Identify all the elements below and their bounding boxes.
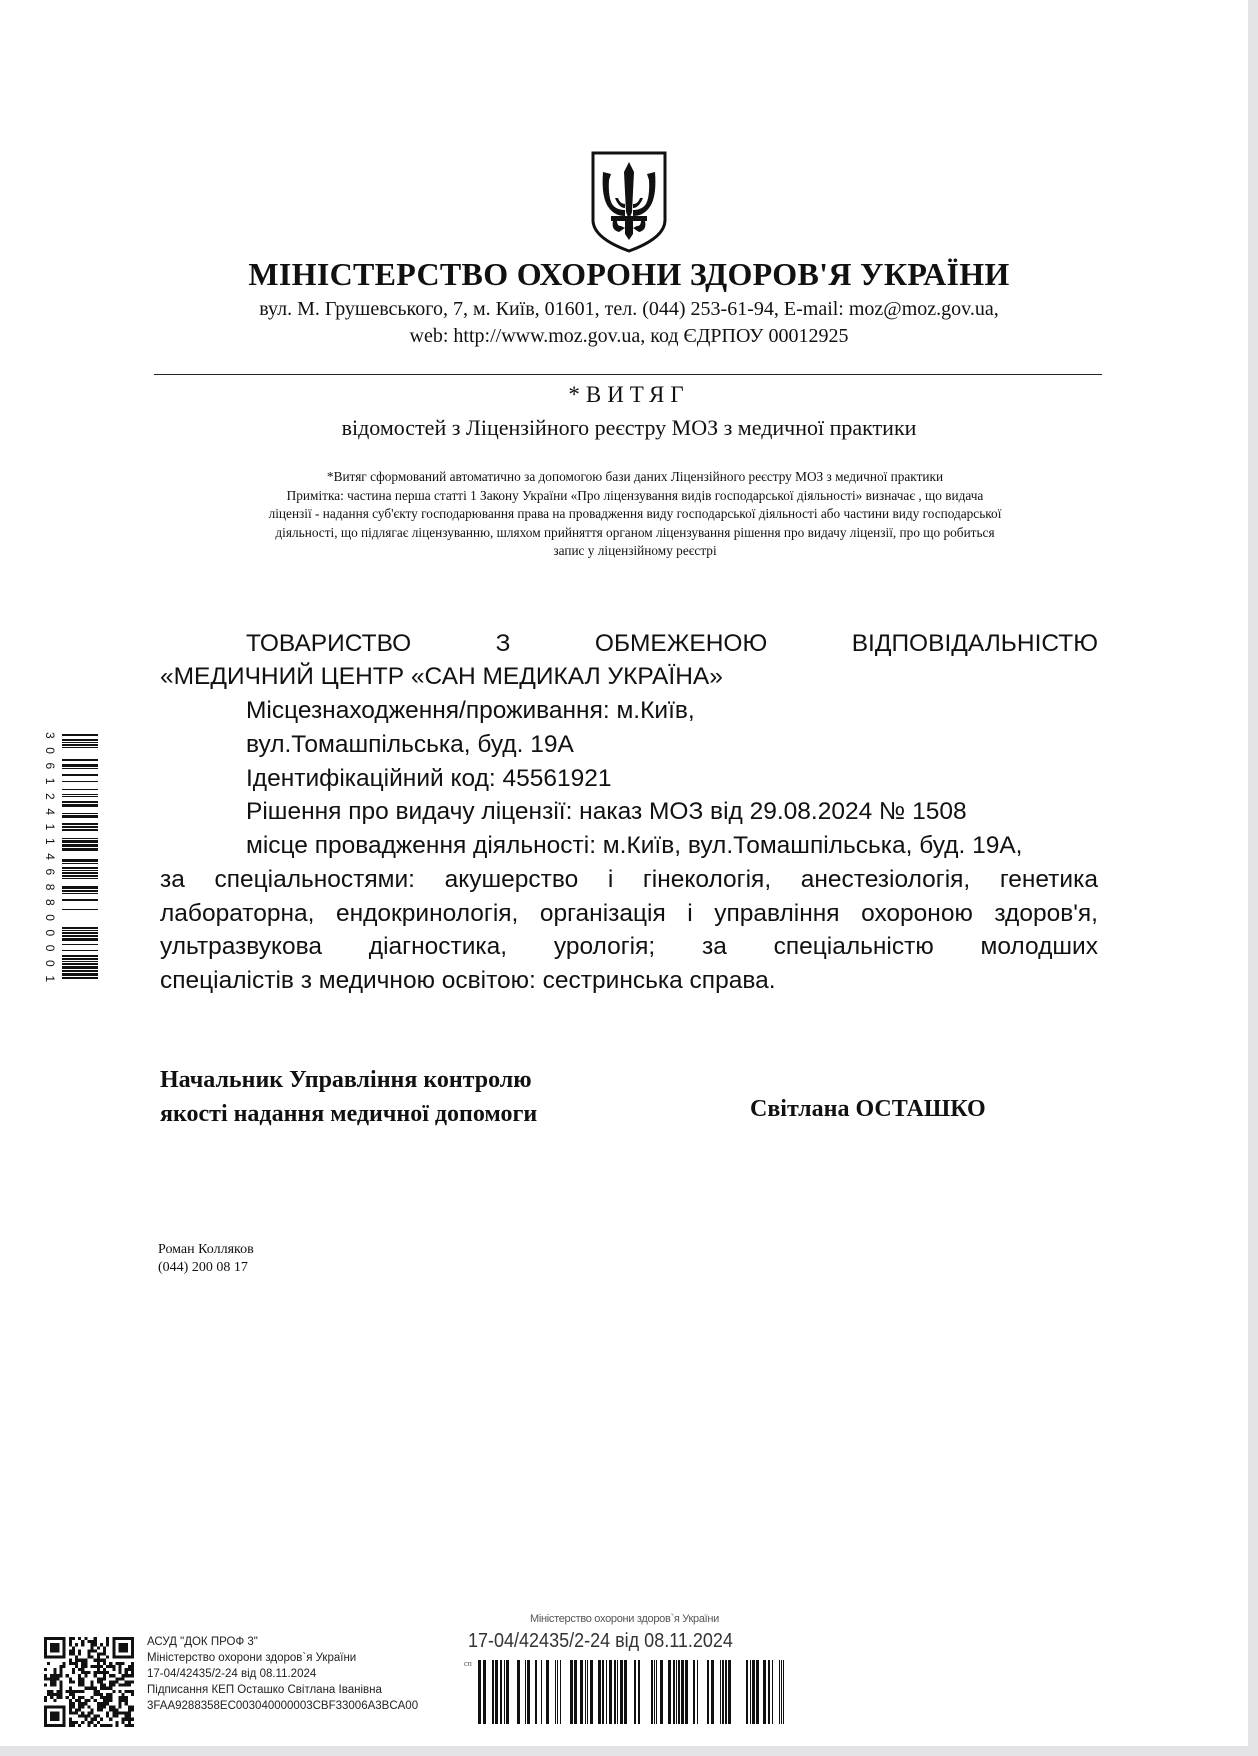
extract-subtitle: відомостей з Ліцензійного реєстру МОЗ з … [0, 415, 1258, 441]
specialties-line1: заспеціальностями:акушерствоігінекологія… [160, 866, 1098, 894]
word: ендокринологія, [336, 900, 518, 928]
word: здоров'я, [994, 900, 1098, 928]
note-line: діяльності, що підлягає ліцензуванню, шл… [175, 524, 1095, 543]
word: лабораторна, [160, 900, 314, 928]
page-edge-bottom [0, 1746, 1258, 1756]
activity-place: місце провадження діяльності: м.Київ, ву… [246, 832, 1022, 860]
word: молодших [980, 933, 1097, 961]
specialties-line4: спеціалістів з медичною освітою: сестрин… [160, 967, 776, 995]
word: гінекологія, [643, 866, 771, 894]
signer-position-line2: якості надання медичної допомоги [160, 1097, 537, 1131]
word: генетика [1000, 866, 1098, 894]
extract-notes: *Витяг сформований автоматично за допомо… [175, 468, 1095, 561]
edoc-signature-info: АСУД "ДОК ПРОФ 3" Міністерство охорони з… [147, 1634, 418, 1714]
extract-title: *ВИТЯГ [0, 382, 1258, 408]
word: ВІДПОВІДАЛЬНІСТЮ [852, 630, 1098, 658]
note-line: ліцензії - надання суб'єкту господарюван… [175, 505, 1095, 524]
word: управління [714, 900, 839, 928]
note-line: Примітка: частина перша статті 1 Закону … [175, 487, 1095, 506]
registration-mark: сп [464, 1659, 472, 1668]
location-line2: вул.Томашпільська, буд. 19А [246, 731, 574, 759]
identification-code: Ідентифікаційний код: 45561921 [246, 765, 612, 793]
signer-name: Світлана ОСТАШКО [750, 1096, 986, 1123]
registration-barcode [478, 1660, 788, 1724]
edoc-system: АСУД "ДОК ПРОФ 3" [147, 1634, 418, 1650]
edoc-hash: 3FAA9288358EC003040000003CBF33006A3BCA00 [147, 1698, 418, 1714]
word: спеціальностями: [214, 866, 415, 894]
licensee-name-line1: ТОВАРИСТВОЗОБМЕЖЕНОЮВІДПОВІДАЛЬНІСТЮ [246, 630, 1098, 658]
word: З [496, 630, 511, 658]
edoc-reg-number: 17-04/42435/2-24 від 08.11.2024 [147, 1666, 418, 1682]
note-line: *Витяг сформований автоматично за допомо… [175, 468, 1095, 487]
header-divider [154, 374, 1102, 375]
word: анестезіологія, [801, 866, 970, 894]
location-line1: Місцезнаходження/проживання: м.Київ, [246, 697, 695, 725]
side-barcode: 30612411468800001 [40, 728, 100, 986]
word: спеціальністю [774, 933, 934, 961]
signer-position-line1: Начальник Управління контролю [160, 1063, 537, 1097]
word: акушерство [445, 866, 579, 894]
license-decision: Рішення про видачу ліцензії: наказ МОЗ в… [246, 798, 967, 826]
note-line: запис у ліцензійному реєстрі [175, 542, 1095, 561]
signer-position: Начальник Управління контролю якості над… [160, 1063, 537, 1131]
word: ОБМЕЖЕНОЮ [595, 630, 767, 658]
executor-phone: (044) 200 08 17 [158, 1259, 254, 1277]
word: охороною [861, 900, 973, 928]
registration-number: 17-04/42435/2-24 від 08.11.2024 [468, 1630, 733, 1653]
specialties-line3: ультразвуковадіагностика,урологія;заспец… [160, 933, 1098, 961]
executor-name: Роман Колляков [158, 1241, 254, 1259]
trident-coat-of-arms-icon [589, 150, 669, 254]
word: ТОВАРИСТВО [246, 630, 411, 658]
word: діагностика, [369, 933, 507, 961]
specialties-line2: лабораторна,ендокринологія,організаціяіу… [160, 900, 1098, 928]
qr-code-icon [44, 1637, 134, 1727]
licensee-name-line2: «МЕДИЧНИЙ ЦЕНТР «САН МЕДИКАЛ УКРАЇНА» [160, 663, 723, 691]
edoc-organization: Міністерство охорони здоров`я України [147, 1650, 418, 1666]
ministry-address: вул. М. Грушевського, 7, м. Київ, 01601,… [0, 298, 1258, 321]
executor-info: Роман Колляков (044) 200 08 17 [158, 1241, 254, 1277]
word: за [160, 866, 185, 894]
ministry-title: МІНІСТЕРСТВО ОХОРОНИ ЗДОРОВ'Я УКРАЇНИ [0, 256, 1258, 293]
word: ультразвукова [160, 933, 322, 961]
registration-organization: Міністерство охорони здоров`я України [530, 1613, 719, 1625]
word: організація [540, 900, 666, 928]
word: урологія; [554, 933, 655, 961]
edoc-signer: Підписання КЕП Осташко Світлана Іванівна [147, 1682, 418, 1698]
word: і [687, 900, 692, 928]
ministry-web: web: http://www.moz.gov.ua, код ЄДРПОУ 0… [0, 325, 1258, 348]
word: і [608, 866, 613, 894]
svg-text:30612411468800001: 30612411468800001 [43, 732, 57, 982]
word: за [702, 933, 727, 961]
